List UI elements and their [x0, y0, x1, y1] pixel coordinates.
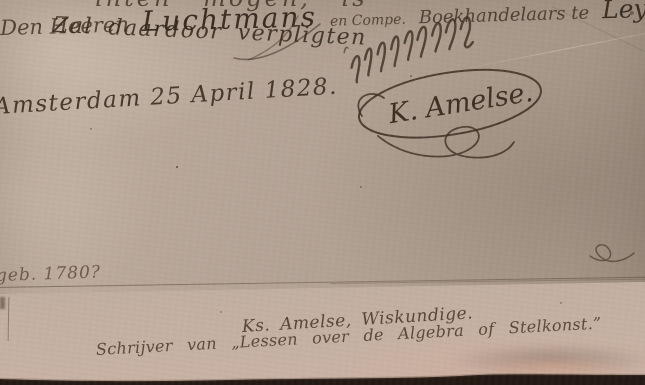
- paper-specks: [176, 166, 178, 168]
- address-flourish: [586, 236, 642, 270]
- address-descriptor: Boekhandelaars te: [419, 3, 590, 29]
- signature-name: K. Amelse.: [386, 77, 536, 131]
- table-edge: [0, 367, 645, 385]
- address-company: en Compe.: [330, 12, 406, 30]
- letter-dateline: Amsterdam 25 April 1828.: [0, 74, 339, 120]
- pencil-note: geb. 1780?: [0, 262, 101, 286]
- address-prefix: Den Heeren: [0, 12, 129, 40]
- address-name: Luchtmans: [141, 0, 317, 38]
- manuscript-photo: inten mogen, is Zal daardoor verpligten …: [0, 0, 645, 385]
- slip-edge-smudge: [0, 297, 5, 309]
- signature-flourish: K. Amelse.: [348, 56, 558, 166]
- address-city: Leyden: [602, 0, 645, 24]
